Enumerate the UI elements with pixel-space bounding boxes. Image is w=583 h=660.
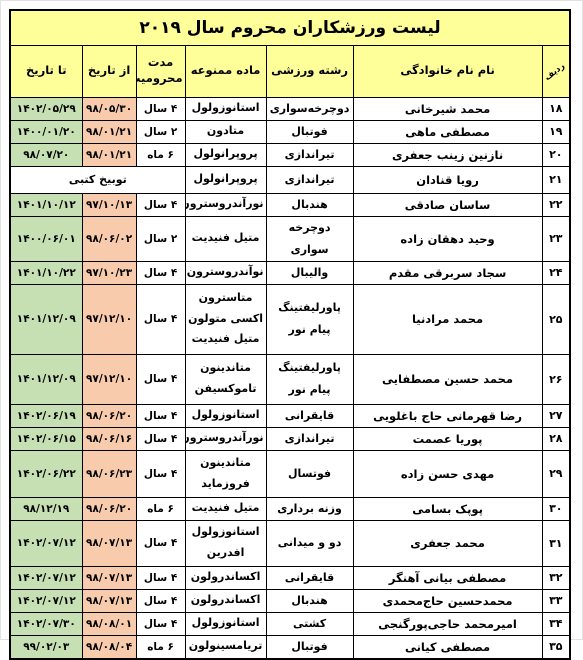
- sport-cell: قایقرانی: [266, 566, 353, 589]
- from-date-cell: ۹۸/۰۶/۲۰: [82, 497, 136, 520]
- to-date-cell: ۱۴۰۲/۰۶/۱۹: [10, 404, 82, 427]
- substance-cell: اکساندرولون: [185, 566, 266, 589]
- sport-cell: والیبال: [266, 261, 353, 284]
- name-cell: ساسان صادقی: [353, 193, 542, 216]
- table-row: ۲۵محمد مرادنیاپاورلیفتینگ پیام نورمتاستر…: [10, 284, 570, 354]
- substance-cell: استانوزولول: [185, 612, 266, 635]
- header-duration: مدت محرومیت: [136, 45, 185, 97]
- header-sport: رشته ورزشی: [266, 45, 353, 97]
- from-date-cell: ۹۸/۰۵/۳۰: [82, 97, 136, 120]
- from-date-cell: ۹۷/۱۰/۲۳: [82, 261, 136, 284]
- substance-cell: متیل فنیدیت: [185, 216, 266, 261]
- sport-cell: تیراندازی: [266, 166, 353, 193]
- table-row: ۱۹مصطفی ماهیفوتبالمتادون۲ سال۹۸/۰۱/۲۱۱۴۰…: [10, 120, 570, 143]
- duration-cell: ۴ سال: [136, 450, 185, 497]
- sport-cell: تیراندازی: [266, 143, 353, 166]
- row-number-cell: ۳۴: [542, 612, 570, 635]
- sport-cell: دو و میدانی: [266, 520, 353, 566]
- table-row: ۲۴سجاد سربرقی مقدموالیبالنوآندروسترون۴ س…: [10, 261, 570, 284]
- name-cell: مهدی حسن زاده: [353, 450, 542, 497]
- header-name: نام نام خانوادگی: [353, 45, 542, 97]
- to-date-cell: ۱۴۰۱/۱۰/۱۲: [10, 193, 82, 216]
- merged-verdict-cell: توبیخ کتبی: [10, 166, 185, 193]
- substance-cell: نوآندروسترون: [185, 261, 266, 284]
- duration-cell: ۴ سال: [136, 193, 185, 216]
- sport-cell: وزنه برداری: [266, 497, 353, 520]
- from-date-cell: ۹۸/۰۶/۱۶: [82, 427, 136, 450]
- table-row: ۲۶محمد حسین مصطفاییپاورلیفتینگ پیام نورم…: [10, 354, 570, 404]
- from-date-cell: ۹۸/۰۶/۲۳: [82, 450, 136, 497]
- row-number-cell: ۳۱: [542, 520, 570, 566]
- sport-cell: کشتی: [266, 612, 353, 635]
- sport-cell: فوتبال: [266, 635, 353, 659]
- from-date-cell: ۹۸/۰۸/۰۴: [82, 635, 136, 659]
- name-cell: مصطفی کیانی: [353, 635, 542, 659]
- name-cell: محمد جعفری: [353, 520, 542, 566]
- sport-cell: هندبال: [266, 193, 353, 216]
- table-row: ۲۹مهدی حسن زادهفوتسالمتاندینون فروزماید۴…: [10, 450, 570, 497]
- to-date-cell: ۱۴۰۲/۰۵/۲۹: [10, 97, 82, 120]
- header-to-date: تا تاریخ: [10, 45, 82, 97]
- table-title: لیست ورزشکاران محروم سال ۲۰۱۹: [10, 10, 570, 45]
- table-row: ۱۸محمد شیرخانیدوچرخه‌سواریاستانوزولول۴ س…: [10, 97, 570, 120]
- header-substance: ماده ممنوعه: [185, 45, 266, 97]
- from-date-cell: ۹۸/۰۷/۱۳: [82, 566, 136, 589]
- name-cell: رویا قنادان: [353, 166, 542, 193]
- duration-cell: ۴ سال: [136, 261, 185, 284]
- row-number-cell: ۲۹: [542, 450, 570, 497]
- header-row-number-label: ردیف: [543, 61, 568, 84]
- sport-cell: فوتبال: [266, 120, 353, 143]
- substance-cell: متاندینون فروزماید: [185, 450, 266, 497]
- duration-cell: ۴ سال: [136, 354, 185, 404]
- row-number-cell: ۲۸: [542, 427, 570, 450]
- duration-cell: ۶ ماه: [136, 635, 185, 659]
- to-date-cell: ۱۴۰۱/۱۰/۲۲: [10, 261, 82, 284]
- table-row: ۳۱محمد جعفریدو و میدانیاستانوزولول افدری…: [10, 520, 570, 566]
- row-number-cell: ۲۵: [542, 284, 570, 354]
- sport-cell: پاورلیفتینگ پیام نور: [266, 354, 353, 404]
- row-number-cell: ۲۶: [542, 354, 570, 404]
- table-row: ۳۰پوپک بسامیوزنه برداریمتیل فنیدیت۶ ماه۹…: [10, 497, 570, 520]
- duration-cell: ۴ سال: [136, 566, 185, 589]
- duration-cell: ۴ سال: [136, 612, 185, 635]
- table-row: ۳۲مصطفی بیانی آهنگرقایقرانیاکساندرولون۴ …: [10, 566, 570, 589]
- name-cell: سجاد سربرقی مقدم: [353, 261, 542, 284]
- substance-cell: استانوزولول: [185, 97, 266, 120]
- table-row: ۲۰نازنین زینب جعفریتیراندازیپروپرانولول۶…: [10, 143, 570, 166]
- substance-cell: پروپرانولول: [185, 143, 266, 166]
- name-cell: رضا قهرمانی حاج باغلویی: [353, 404, 542, 427]
- sport-cell: قایقرانی: [266, 404, 353, 427]
- to-date-cell: ۱۴۰۲/۰۶/۲۲: [10, 450, 82, 497]
- from-date-cell: ۹۸/۰۷/۱۳: [82, 589, 136, 612]
- row-number-cell: ۲۷: [542, 404, 570, 427]
- header-from-date: از تاریخ: [82, 45, 136, 97]
- name-cell: محمد شیرخانی: [353, 97, 542, 120]
- row-number-cell: ۳۰: [542, 497, 570, 520]
- duration-cell: ۴ سال: [136, 589, 185, 612]
- name-cell: وحید دهقان زاده: [353, 216, 542, 261]
- name-cell: امیرمحمد حاجی‌پورگنجی: [353, 612, 542, 635]
- row-number-cell: ۱۸: [542, 97, 570, 120]
- row-number-cell: ۲۰: [542, 143, 570, 166]
- name-cell: پوریا عصمت: [353, 427, 542, 450]
- sport-cell: دوچرخه‌سواری: [266, 97, 353, 120]
- title-row: لیست ورزشکاران محروم سال ۲۰۱۹: [10, 10, 570, 45]
- table-row: ۲۷رضا قهرمانی حاج باغلوییقایقرانیاستانوز…: [10, 404, 570, 427]
- to-date-cell: ۱۴۰۰/۰۶/۰۱: [10, 216, 82, 261]
- from-date-cell: ۹۷/۱۰/۱۳: [82, 193, 136, 216]
- substance-cell: استانوزولول: [185, 404, 266, 427]
- header-row: ردیف نام نام خانوادگی رشته ورزشی ماده مم…: [10, 45, 570, 97]
- page-background: لیست ورزشکاران محروم سال ۲۰۱۹ ردیف نام ن…: [0, 0, 583, 640]
- substance-cell: استانوزولول افدرین: [185, 520, 266, 566]
- from-date-cell: ۹۸/۰۶/۰۲: [82, 216, 136, 261]
- row-number-cell: ۲۲: [542, 193, 570, 216]
- name-cell: پوپک بسامی: [353, 497, 542, 520]
- substance-cell: متادون: [185, 120, 266, 143]
- to-date-cell: ۱۴۰۲/۰۷/۱۲: [10, 589, 82, 612]
- row-number-cell: ۳۳: [542, 589, 570, 612]
- to-date-cell: ۹۸/۰۷/۲۰: [10, 143, 82, 166]
- substance-cell: نورآندروسترون: [185, 427, 266, 450]
- name-cell: محمد مرادنیا: [353, 284, 542, 354]
- from-date-cell: ۹۸/۰۸/۰۱: [82, 612, 136, 635]
- name-cell: مصطفی ماهی: [353, 120, 542, 143]
- row-number-cell: ۲۴: [542, 261, 570, 284]
- substance-cell: تریامسینولون: [185, 635, 266, 659]
- substance-cell: اکساندرولون: [185, 589, 266, 612]
- to-date-cell: ۱۴۰۱/۱۲/۰۹: [10, 284, 82, 354]
- name-cell: محمد حسین مصطفایی: [353, 354, 542, 404]
- sport-cell: فوتسال: [266, 450, 353, 497]
- duration-cell: ۲ سال: [136, 120, 185, 143]
- substance-cell: متاندینون تاموکسیفن: [185, 354, 266, 404]
- table-row: ۲۲ساسان صادقیهندبالنورآندروسترون۴ سال۹۷/…: [10, 193, 570, 216]
- row-number-cell: ۳۲: [542, 566, 570, 589]
- row-number-cell: ۲۱: [542, 166, 570, 193]
- to-date-cell: ۹۹/۰۲/۰۳: [10, 635, 82, 659]
- row-number-cell: ۱۹: [542, 120, 570, 143]
- duration-cell: ۴ سال: [136, 520, 185, 566]
- table-row: ۳۴امیرمحمد حاجی‌پورگنجیکشتیاستانوزولول۴ …: [10, 612, 570, 635]
- table-row: ۲۸پوریا عصمتتیراندازینورآندروسترون۴ سال۹…: [10, 427, 570, 450]
- sport-cell: تیراندازی: [266, 427, 353, 450]
- duration-cell: ۶ ماه: [136, 143, 185, 166]
- duration-cell: ۴ سال: [136, 427, 185, 450]
- duration-cell: ۶ ماه: [136, 497, 185, 520]
- substance-cell: متاسترون اکسی متولون متیل فنیدیت: [185, 284, 266, 354]
- row-number-cell: ۲۳: [542, 216, 570, 261]
- to-date-cell: ۱۴۰۲/۰۶/۱۵: [10, 427, 82, 450]
- duration-cell: ۴ سال: [136, 404, 185, 427]
- duration-cell: ۴ سال: [136, 284, 185, 354]
- table-row: ۳۳محمدحسین حاج‌محمدیهندبالاکساندرولون۴ س…: [10, 589, 570, 612]
- substance-cell: متیل فنیدیت: [185, 497, 266, 520]
- header-row-number: ردیف: [542, 45, 570, 97]
- table-row: ۲۳وحید دهقان زادهدوچرخه سواریمتیل فنیدیت…: [10, 216, 570, 261]
- substance-cell: پروپرانولول: [185, 166, 266, 193]
- name-cell: نازنین زینب جعفری: [353, 143, 542, 166]
- sport-cell: هندبال: [266, 589, 353, 612]
- duration-cell: ۲ سال: [136, 216, 185, 261]
- from-date-cell: ۹۸/۰۶/۲۰: [82, 404, 136, 427]
- table-row: ۳۵مصطفی کیانیفوتبالتریامسینولون۶ ماه۹۸/۰…: [10, 635, 570, 659]
- from-date-cell: ۹۷/۱۲/۱۰: [82, 284, 136, 354]
- table-row: ۲۱رویا قنادانتیراندازیپروپرانولولتوبیخ ک…: [10, 166, 570, 193]
- from-date-cell: ۹۸/۰۷/۱۳: [82, 520, 136, 566]
- to-date-cell: ۱۴۰۲/۰۷/۱۲: [10, 566, 82, 589]
- banned-athletes-table: لیست ورزشکاران محروم سال ۲۰۱۹ ردیف نام ن…: [9, 9, 571, 660]
- name-cell: مصطفی بیانی آهنگر: [353, 566, 542, 589]
- to-date-cell: ۱۴۰۱/۱۲/۰۹: [10, 354, 82, 404]
- from-date-cell: ۹۷/۱۲/۱۰: [82, 354, 136, 404]
- to-date-cell: ۱۴۰۲/۰۷/۱۲: [10, 520, 82, 566]
- to-date-cell: ۱۴۰۰/۰۱/۲۰: [10, 120, 82, 143]
- to-date-cell: ۹۸/۱۲/۱۹: [10, 497, 82, 520]
- name-cell: محمدحسین حاج‌محمدی: [353, 589, 542, 612]
- from-date-cell: ۹۸/۰۱/۲۱: [82, 120, 136, 143]
- duration-cell: ۴ سال: [136, 97, 185, 120]
- row-number-cell: ۳۵: [542, 635, 570, 659]
- to-date-cell: ۱۴۰۲/۰۷/۳۰: [10, 612, 82, 635]
- sport-cell: دوچرخه سواری: [266, 216, 353, 261]
- sport-cell: پاورلیفتینگ پیام نور: [266, 284, 353, 354]
- from-date-cell: ۹۸/۰۱/۲۱: [82, 143, 136, 166]
- substance-cell: نورآندروسترون: [185, 193, 266, 216]
